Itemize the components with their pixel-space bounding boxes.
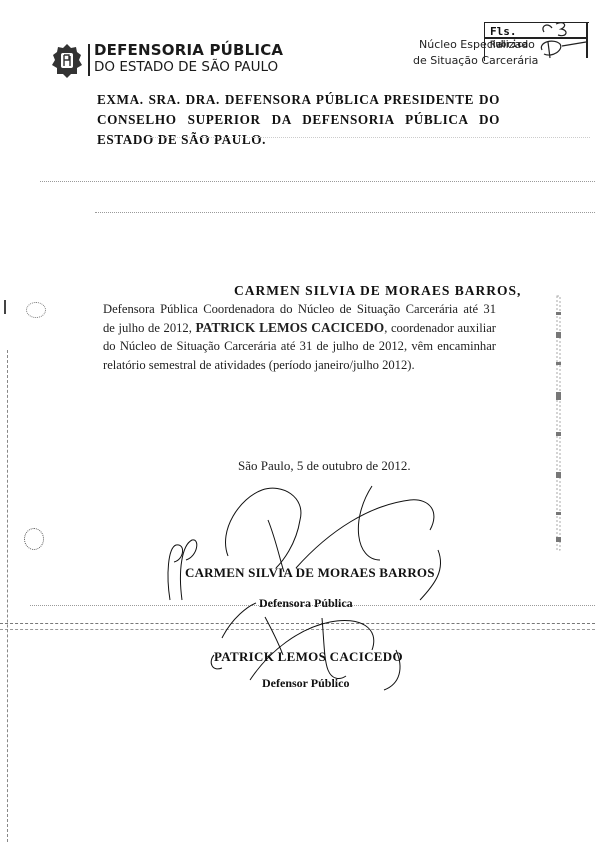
vertical-protocol-stamp xyxy=(553,292,565,554)
signatory-2-role: Defensor Público xyxy=(262,676,349,691)
punch-hole-icon xyxy=(26,302,46,318)
addressee-block: EXMA. SRA. DRA. DEFENSORA PÚBLICA PRESID… xyxy=(97,90,500,150)
scan-line xyxy=(95,212,595,213)
text-run: Defensora Pública Coordenadora do Núcleo… xyxy=(103,302,496,316)
paragraph-line: relatório semestral de atividades (perío… xyxy=(103,356,496,375)
signatory-1-role: Defensora Pública xyxy=(259,596,353,611)
punch-hole-icon xyxy=(24,528,44,550)
logo-divider xyxy=(88,44,90,76)
margin-mark xyxy=(4,300,6,314)
folio-label: Fls. xyxy=(490,25,517,38)
text-run: do Núcleo de Situação Carcerária até 31 … xyxy=(103,339,496,353)
paragraph-line: Defensora Pública Coordenadora do Núcleo… xyxy=(103,300,496,319)
paragraph-line: do Núcleo de Situação Carcerária até 31 … xyxy=(103,337,496,356)
coat-of-arms-icon xyxy=(50,42,84,80)
addressee-line: EXMA. SRA. DRA. DEFENSORA PÚBLICA PRESID… xyxy=(97,90,500,110)
scan-line xyxy=(40,181,595,182)
scan-line xyxy=(0,629,595,630)
addressee-line: CONSELHO SUPERIOR DA DEFENSORIA PÚBLICA … xyxy=(97,110,500,130)
body-paragraph: Defensora Pública Coordenadora do Núcleo… xyxy=(103,300,496,374)
scan-edge xyxy=(7,350,9,842)
handwritten-folio-number xyxy=(534,18,594,66)
text-run: , coordenador auxiliar xyxy=(384,321,496,335)
signatory-1-name: CARMEN SILVIA DE MORAES BARROS xyxy=(185,565,435,581)
text-run: relatório semestral de atividades (perío… xyxy=(103,358,415,372)
sender-name: CARMEN SILVIA DE MORAES BARROS, xyxy=(234,283,521,299)
org-name: DEFENSORIA PÚBLICA xyxy=(94,41,283,59)
org-subname: DO ESTADO DE SÃO PAULO xyxy=(94,59,278,75)
signatory-2-name: PATRICK LEMOS CACICEDO xyxy=(214,649,403,665)
bold-name: PATRICK LEMOS CACICEDO xyxy=(196,320,385,335)
scan-line xyxy=(0,623,595,624)
paragraph-line: de julho de 2012, PATRICK LEMOS CACICEDO… xyxy=(103,319,496,338)
text-run: de julho de 2012, xyxy=(103,321,196,335)
rubric-label: Rubrica xyxy=(490,40,528,50)
scan-line xyxy=(150,137,590,138)
addressee-line: ESTADO DE SÃO PAULO. xyxy=(97,130,500,150)
date-line: São Paulo, 5 de outubro de 2012. xyxy=(238,458,411,474)
